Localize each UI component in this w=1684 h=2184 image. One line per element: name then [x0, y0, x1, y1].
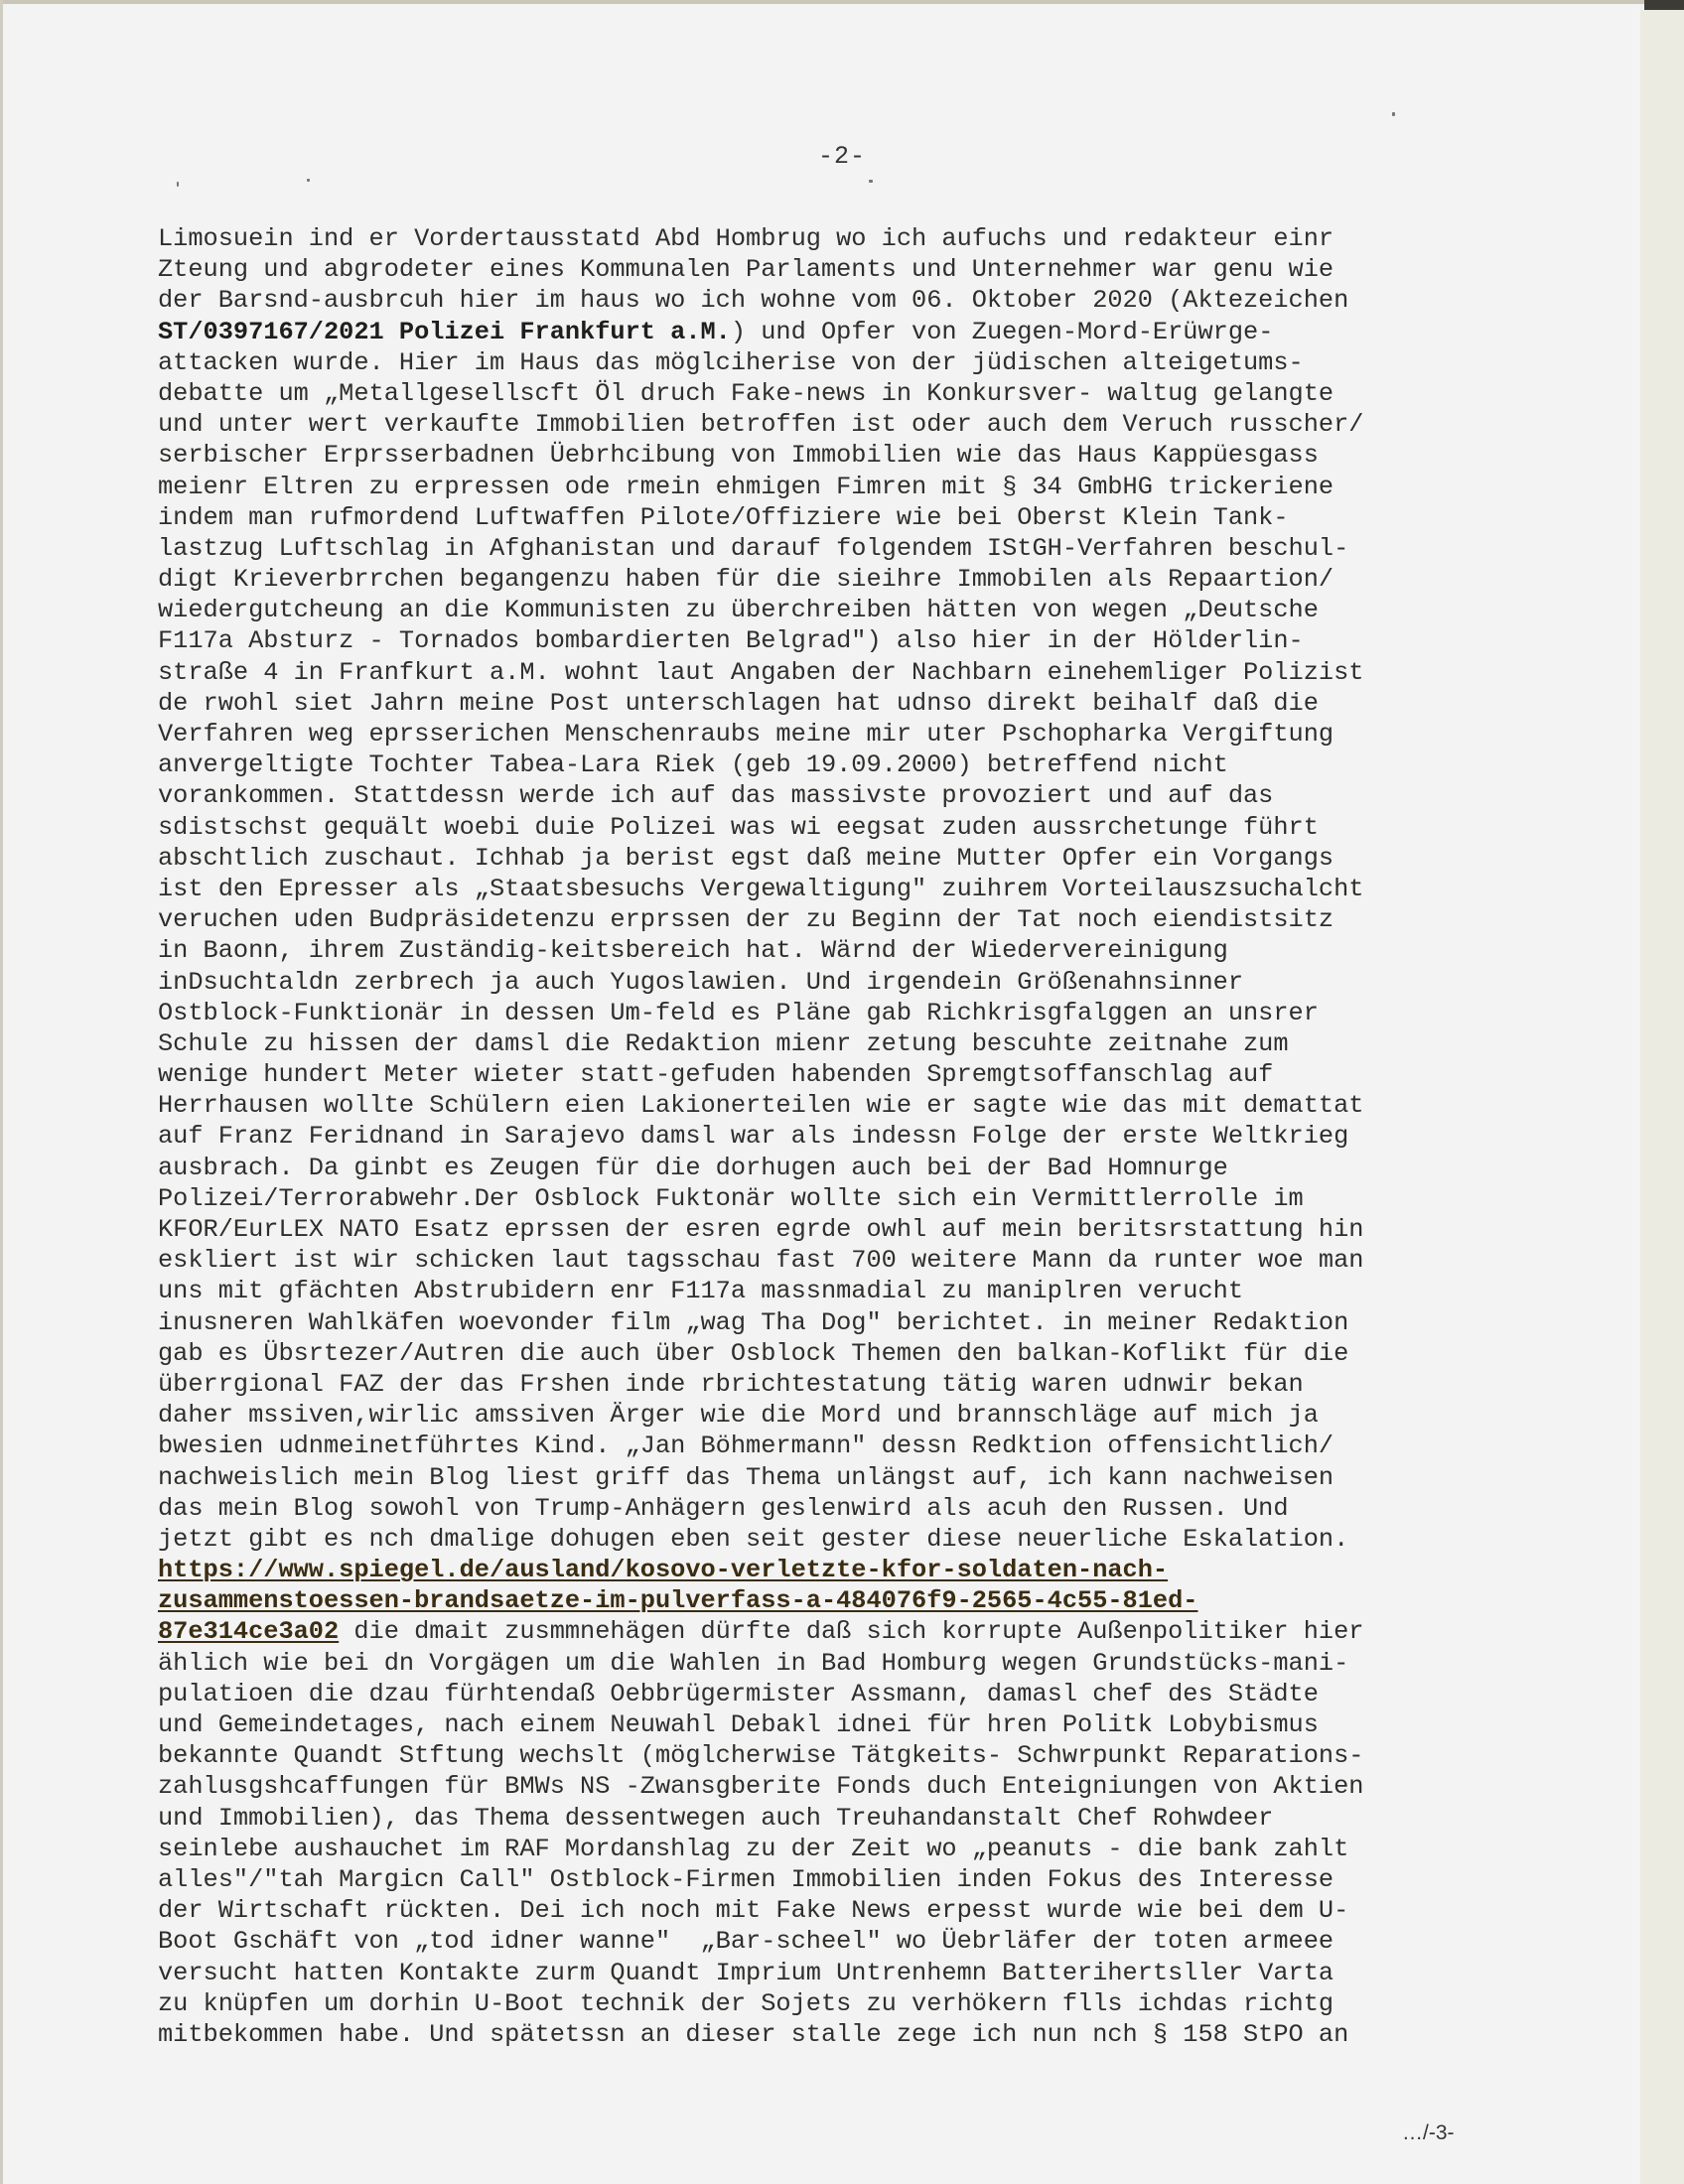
text-line: https://www.spiegel.de/ausland/kosovo-ve…	[158, 1555, 1548, 1585]
text-line: versucht hatten Kontakte zurm Quandt Imp…	[158, 1958, 1548, 1988]
text-segment: der Barsnd-ausbrcuh hier im haus wo ich …	[158, 286, 1348, 315]
scan-speck	[869, 180, 873, 183]
text-segment: zahlusgshcaffungen für BMWs NS -Zwansgbe…	[158, 1772, 1363, 1801]
text-line: eskliert ist wir schicken laut tagsschau…	[158, 1245, 1548, 1276]
text-line: abschtlich zuschaut. Ichhab ja berist eg…	[158, 843, 1548, 874]
text-line: inusneren Wahlkäfen woevonder film „wag …	[158, 1307, 1548, 1338]
text-segment: Limosuein ind er Vordertausstatd Abd Hom…	[158, 224, 1333, 253]
text-segment: nachweislich mein Blog liest griff das T…	[158, 1463, 1333, 1492]
text-line: uns mit gfächten Abstrubidern enr F117a …	[158, 1276, 1548, 1306]
text-segment: serbischer Erprsserbadnen Üebrhcibung vo…	[158, 441, 1319, 470]
spiegel-link[interactable]: https://www.spiegel.de/ausland/kosovo-ve…	[158, 1556, 1168, 1584]
text-segment: straße 4 in Franfkurt a.M. wohnt laut An…	[158, 658, 1363, 687]
text-segment: wenige hundert Meter wieter statt-gefude…	[158, 1060, 1273, 1089]
text-line: 87e314ce3a02 die dmait zusmmnehägen dürf…	[158, 1616, 1548, 1647]
text-segment: eskliert ist wir schicken laut tagsschau…	[158, 1246, 1363, 1275]
text-line: veruchen uden Budpräsidetenzu erprssen d…	[158, 904, 1548, 935]
text-line: F117a Absturz - Tornados bombardierten B…	[158, 625, 1548, 656]
text-line: Verfahren weg eprsserichen Menschenraubs…	[158, 719, 1548, 750]
text-segment: lastzug Luftschlag in Afghanistan und da…	[158, 534, 1348, 563]
text-segment: alles"/"tah Margicn Call" Ostblock-Firme…	[158, 1865, 1333, 1894]
text-segment: debatte um „Metallgesellscft Öl druch Fa…	[158, 379, 1333, 408]
text-line: Ostblock-Funktionär in dessen Um-feld es…	[158, 998, 1548, 1028]
text-line: überrgional FAZ der das Frshen inde rbri…	[158, 1369, 1548, 1400]
text-line: nachweislich mein Blog liest griff das T…	[158, 1462, 1548, 1493]
text-line: ählich wie bei dn Vorgägen um die Wahlen…	[158, 1648, 1548, 1679]
text-segment: inusneren Wahlkäfen woevonder film „wag …	[158, 1308, 1348, 1337]
text-line: KFOR/EurLEX NATO Esatz eprssen der esren…	[158, 1214, 1548, 1245]
text-segment: mitbekommen habe. Und spätetssn an diese…	[158, 2020, 1348, 2049]
scan-corner-shadow	[1644, 0, 1684, 10]
text-segment: ) und Opfer von Zuegen-Mord-Erüwrge-	[731, 318, 1274, 346]
text-segment: Zteung und abgrodeter eines Kommunalen P…	[158, 255, 1333, 284]
text-segment: ist den Epresser als „Staatsbesuchs Verg…	[158, 875, 1363, 903]
scan-left-edge	[0, 0, 3, 2184]
text-line: jetzt gibt es nch dmalige dohugen eben s…	[158, 1524, 1548, 1555]
text-line: serbischer Erprsserbadnen Üebrhcibung vo…	[158, 440, 1548, 471]
text-segment: indem man rufmordend Luftwaffen Pilote/O…	[158, 503, 1289, 532]
text-segment: bekannte Quandt Stftung wechslt (möglche…	[158, 1741, 1363, 1770]
text-segment: Herrhausen wollte Schülern eien Lakioner…	[158, 1091, 1363, 1120]
text-segment: Verfahren weg eprsserichen Menschenraubs…	[158, 720, 1333, 749]
text-line: wenige hundert Meter wieter statt-gefude…	[158, 1059, 1548, 1090]
text-segment: pulatioen die dzau fürhtendaß Oebbrügerm…	[158, 1680, 1319, 1708]
text-line: zahlusgshcaffungen für BMWs NS -Zwansgbe…	[158, 1771, 1548, 1802]
text-line: auf Franz Feridnand in Sarajevo damsl wa…	[158, 1121, 1548, 1152]
text-line: bwesien udnmeinetführtes Kind. „Jan Böhm…	[158, 1431, 1548, 1461]
text-segment: veruchen uden Budpräsidetenzu erprssen d…	[158, 905, 1333, 934]
text-segment: inDsuchtaldn zerbrech ja auch Yugoslawie…	[158, 968, 1243, 997]
text-segment: abschtlich zuschaut. Ichhab ja berist eg…	[158, 844, 1333, 873]
text-line: digt Krieverbrrchen begangenzu haben für…	[158, 564, 1548, 595]
text-segment: der Wirtschaft rückten. Dei ich noch mit…	[158, 1896, 1348, 1925]
text-line: bekannte Quandt Stftung wechslt (möglche…	[158, 1740, 1548, 1771]
text-segment: F117a Absturz - Tornados bombardierten B…	[158, 626, 1304, 655]
text-segment: digt Krieverbrrchen begangenzu haben für…	[158, 565, 1333, 594]
scan-top-edge	[0, 0, 1684, 4]
text-line: inDsuchtaldn zerbrech ja auch Yugoslawie…	[158, 967, 1548, 998]
text-line: wiedergutcheung an die Kommunisten zu üb…	[158, 595, 1548, 625]
text-line: sdistschst gequält woebi duie Polizei wa…	[158, 812, 1548, 843]
text-line: der Barsnd-ausbrcuh hier im haus wo ich …	[158, 285, 1548, 316]
text-segment: ausbrach. Da ginbt es Zeugen für die dor…	[158, 1154, 1228, 1182]
text-line: ST/0397167/2021 Polizei Frankfurt a.M.) …	[158, 317, 1548, 347]
text-line: daher mssiven,wirlic amssiven Ärger wie …	[158, 1400, 1548, 1431]
text-line: Boot Gschäft von „tod idner wanne" „Bar-…	[158, 1926, 1548, 1957]
text-segment: wiedergutcheung an die Kommunisten zu üb…	[158, 596, 1319, 624]
text-segment: attacken wurde. Hier im Haus das möglcih…	[158, 348, 1304, 377]
text-line: indem man rufmordend Luftwaffen Pilote/O…	[158, 502, 1548, 533]
text-segment: bwesien udnmeinetführtes Kind. „Jan Böhm…	[158, 1432, 1333, 1460]
text-segment: Polizei/Terrorabwehr.Der Osblock Fuktonä…	[158, 1184, 1304, 1213]
spiegel-link[interactable]: 87e314ce3a02	[158, 1617, 339, 1646]
text-line: Zteung und abgrodeter eines Kommunalen P…	[158, 254, 1548, 285]
text-segment: und Gemeindetages, nach einem Neuwahl De…	[158, 1710, 1319, 1739]
text-line: Herrhausen wollte Schülern eien Lakioner…	[158, 1090, 1548, 1121]
case-reference: ST/0397167/2021 Polizei Frankfurt a.M.	[158, 318, 731, 346]
text-line: das mein Blog sowohl von Trump-Anhägern …	[158, 1493, 1548, 1524]
text-segment: versucht hatten Kontakte zurm Quandt Imp…	[158, 1959, 1333, 1987]
text-segment: auf Franz Feridnand in Sarajevo damsl wa…	[158, 1122, 1348, 1151]
scan-speck	[177, 182, 179, 187]
text-line: alles"/"tah Margicn Call" Ostblock-Firme…	[158, 1864, 1548, 1895]
text-line: anvergeltigte Tochter Tabea-Lara Riek (g…	[158, 750, 1548, 780]
text-segment: überrgional FAZ der das Frshen inde rbri…	[158, 1370, 1304, 1399]
letter-body: Limosuein ind er Vordertausstatd Abd Hom…	[158, 223, 1548, 2050]
text-line: Schule zu hissen der damsl die Redaktion…	[158, 1028, 1548, 1059]
text-line: straße 4 in Franfkurt a.M. wohnt laut An…	[158, 657, 1548, 688]
text-line: zusammenstoessen-brandsaetze-im-pulverfa…	[158, 1585, 1548, 1616]
text-segment: KFOR/EurLEX NATO Esatz eprssen der esren…	[158, 1215, 1363, 1244]
text-segment: voranko­mmen. Stattdessn werde ich auf d…	[158, 781, 1273, 810]
text-line: voranko­mmen. Stattdessn werde ich auf d…	[158, 780, 1548, 811]
text-line: meienr Eltren zu erpressen ode rmein ehm…	[158, 472, 1548, 502]
text-line: lastzug Luftschlag in Afghanistan und da…	[158, 533, 1548, 564]
text-line: ausbrach. Da ginbt es Zeugen für die dor…	[158, 1153, 1548, 1183]
text-segment: jetzt gibt es nch dmalige dohugen eben s…	[158, 1525, 1348, 1554]
text-segment: seinlebe aushauchet im RAF Mordanshlag z…	[158, 1835, 1348, 1863]
text-segment: meienr Eltren zu erpressen ode rmein ehm…	[158, 473, 1333, 501]
page-number: -2-	[0, 142, 1684, 171]
text-segment: ählich wie bei dn Vorgägen um die Wahlen…	[158, 1649, 1348, 1678]
text-segment: zu knüpfen um dorhin U-Boot technik der …	[158, 1989, 1333, 2018]
text-segment: und Immobilien), das Thema dessentwegen …	[158, 1804, 1273, 1833]
spiegel-link[interactable]: zusammenstoessen-brandsaetze-im-pulverfa…	[158, 1586, 1197, 1615]
text-line: zu knüpfen um dorhin U-Boot technik der …	[158, 1988, 1548, 2019]
text-line: attacken wurde. Hier im Haus das möglcih…	[158, 347, 1548, 378]
text-segment: Boot Gschäft von „tod idner wanne" „Bar-…	[158, 1927, 1333, 1956]
text-line: Limosuein ind er Vordertausstatd Abd Hom…	[158, 223, 1548, 254]
text-line: in Baonn, ihrem Zuständig-keitsbereich h…	[158, 935, 1548, 966]
text-segment: die dmait zusmmnehägen dürfte daß sich k…	[339, 1617, 1363, 1646]
text-segment: anvergeltigte Tochter Tabea-Lara Riek (g…	[158, 751, 1228, 779]
text-segment: Schule zu hissen der damsl die Redaktion…	[158, 1029, 1289, 1058]
scan-speck	[307, 179, 310, 182]
text-line: seinlebe aushauchet im RAF Mordanshlag z…	[158, 1834, 1548, 1864]
continuation-marker: …/-3-	[1402, 2121, 1455, 2145]
scan-speck	[1392, 112, 1395, 116]
scan-edge-strip	[1640, 10, 1684, 2184]
text-segment: und unter wert verkaufte Immobilien betr…	[158, 410, 1363, 439]
text-segment: de rwohl siet Jahrn meine Post unterschl…	[158, 689, 1319, 718]
text-line: Polizei/Terrorabwehr.Der Osblock Fuktonä…	[158, 1183, 1548, 1214]
text-line: und unter wert verkaufte Immobilien betr…	[158, 409, 1548, 440]
text-line: debatte um „Metallgesellscft Öl druch Fa…	[158, 378, 1548, 409]
text-line: und Immobilien), das Thema dessentwegen …	[158, 1803, 1548, 1834]
text-segment: das mein Blog sowohl von Trump-Anhägern …	[158, 1494, 1289, 1523]
text-line: gab es Übsrtezer/Autren die auch über Os…	[158, 1338, 1548, 1369]
text-segment: in Baonn, ihrem Zuständig-keitsbereich h…	[158, 936, 1228, 965]
text-line: und Gemeindetages, nach einem Neuwahl De…	[158, 1709, 1548, 1740]
text-segment: sdistschst gequält woebi duie Polizei wa…	[158, 813, 1319, 842]
text-segment: daher mssiven,wirlic amssiven Ärger wie …	[158, 1401, 1319, 1430]
text-line: ist den Epresser als „Staatsbesuchs Verg…	[158, 874, 1548, 904]
text-line: pulatioen die dzau fürhtendaß Oebbrügerm…	[158, 1679, 1548, 1709]
text-line: mitbekommen habe. Und spätetssn an diese…	[158, 2019, 1548, 2050]
text-line: der Wirtschaft rückten. Dei ich noch mit…	[158, 1895, 1548, 1926]
text-segment: gab es Übsrtezer/Autren die auch über Os…	[158, 1339, 1348, 1368]
text-segment: uns mit gfächten Abstrubidern enr F117a …	[158, 1277, 1243, 1305]
text-line: de rwohl siet Jahrn meine Post unterschl…	[158, 688, 1548, 719]
text-segment: Ostblock-Funktionär in dessen Um-feld es…	[158, 999, 1319, 1027]
